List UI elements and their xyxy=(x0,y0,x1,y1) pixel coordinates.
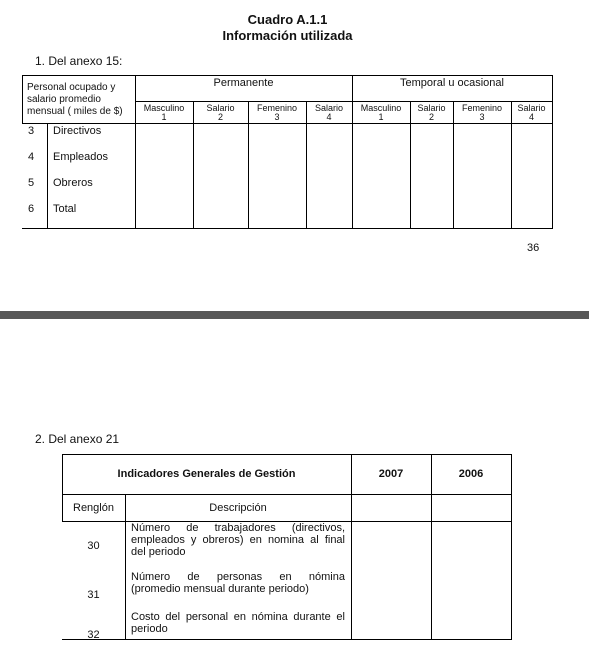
table-rule xyxy=(62,494,512,495)
renglon-header: Renglón xyxy=(62,502,125,514)
row-header-label: Personal ocupado y xyxy=(27,82,115,94)
section-heading-anexo-21: 2. Del anexo 21 xyxy=(35,432,119,446)
column-number: 2 xyxy=(193,112,248,122)
row-label: Obreros xyxy=(53,177,93,189)
document-title: Cuadro A.1.1 xyxy=(0,12,575,27)
page-number: 36 xyxy=(527,242,539,254)
row-number: 6 xyxy=(28,203,34,215)
row-label: Total xyxy=(53,203,76,215)
descripcion-text: empleados y obreros) en nomina al final xyxy=(131,534,345,546)
descripcion-text: Costo del personal en nómina durante el xyxy=(131,611,345,623)
column-group-header: Temporal u ocasional xyxy=(352,77,552,89)
table-rule xyxy=(62,639,512,640)
table-rule xyxy=(22,228,553,229)
row-number: 5 xyxy=(28,177,34,189)
row-header-label: mensual ( miles de $) xyxy=(27,106,123,118)
year-column-header: 2006 xyxy=(431,468,511,480)
descripcion-text: Número de personas en nómina xyxy=(131,571,345,583)
table-rule xyxy=(125,494,126,640)
column-number: 3 xyxy=(248,112,306,122)
column-number: 2 xyxy=(410,112,453,122)
descripcion-text: (promedio mensual durante periodo) xyxy=(131,583,345,595)
row-number: 4 xyxy=(28,151,34,163)
table-rule xyxy=(352,75,353,229)
column-number: 4 xyxy=(306,112,352,122)
renglon-number: 30 xyxy=(62,540,125,552)
row-label: Empleados xyxy=(53,151,108,163)
table-rule xyxy=(431,454,432,640)
section-heading-anexo-15: 1. Del anexo 15: xyxy=(35,54,122,68)
table-rule xyxy=(22,75,553,76)
table-rule xyxy=(62,454,512,455)
descripcion-text: del periodo xyxy=(131,546,345,558)
table-rule xyxy=(47,123,48,229)
table-rule xyxy=(511,454,512,640)
descripcion-header: Descripción xyxy=(125,502,351,514)
descripcion-text: Número de trabajadores (directivos, xyxy=(131,522,345,534)
column-group-header: Permanente xyxy=(135,77,352,89)
row-label: Directivos xyxy=(53,125,101,137)
renglon-number: 32 xyxy=(62,629,125,641)
page-separator xyxy=(0,311,589,319)
row-number: 3 xyxy=(28,125,34,137)
document-subtitle: Información utilizada xyxy=(0,28,575,43)
year-column-header: 2007 xyxy=(351,468,431,480)
renglon-number: 31 xyxy=(62,589,125,601)
column-number: 1 xyxy=(135,112,193,122)
table-rule xyxy=(552,75,553,229)
table-rule xyxy=(351,454,352,640)
column-number: 3 xyxy=(453,112,511,122)
table-rule xyxy=(135,101,553,102)
row-header-label: salario promedio xyxy=(27,94,101,106)
table-rule xyxy=(22,75,23,124)
column-number: 1 xyxy=(352,112,410,122)
column-number: 4 xyxy=(511,112,552,122)
table-rule xyxy=(135,75,136,229)
table-title: Indicadores Generales de Gestión xyxy=(62,468,351,480)
table-rule xyxy=(22,123,553,124)
descripcion-text: periodo xyxy=(131,623,345,635)
